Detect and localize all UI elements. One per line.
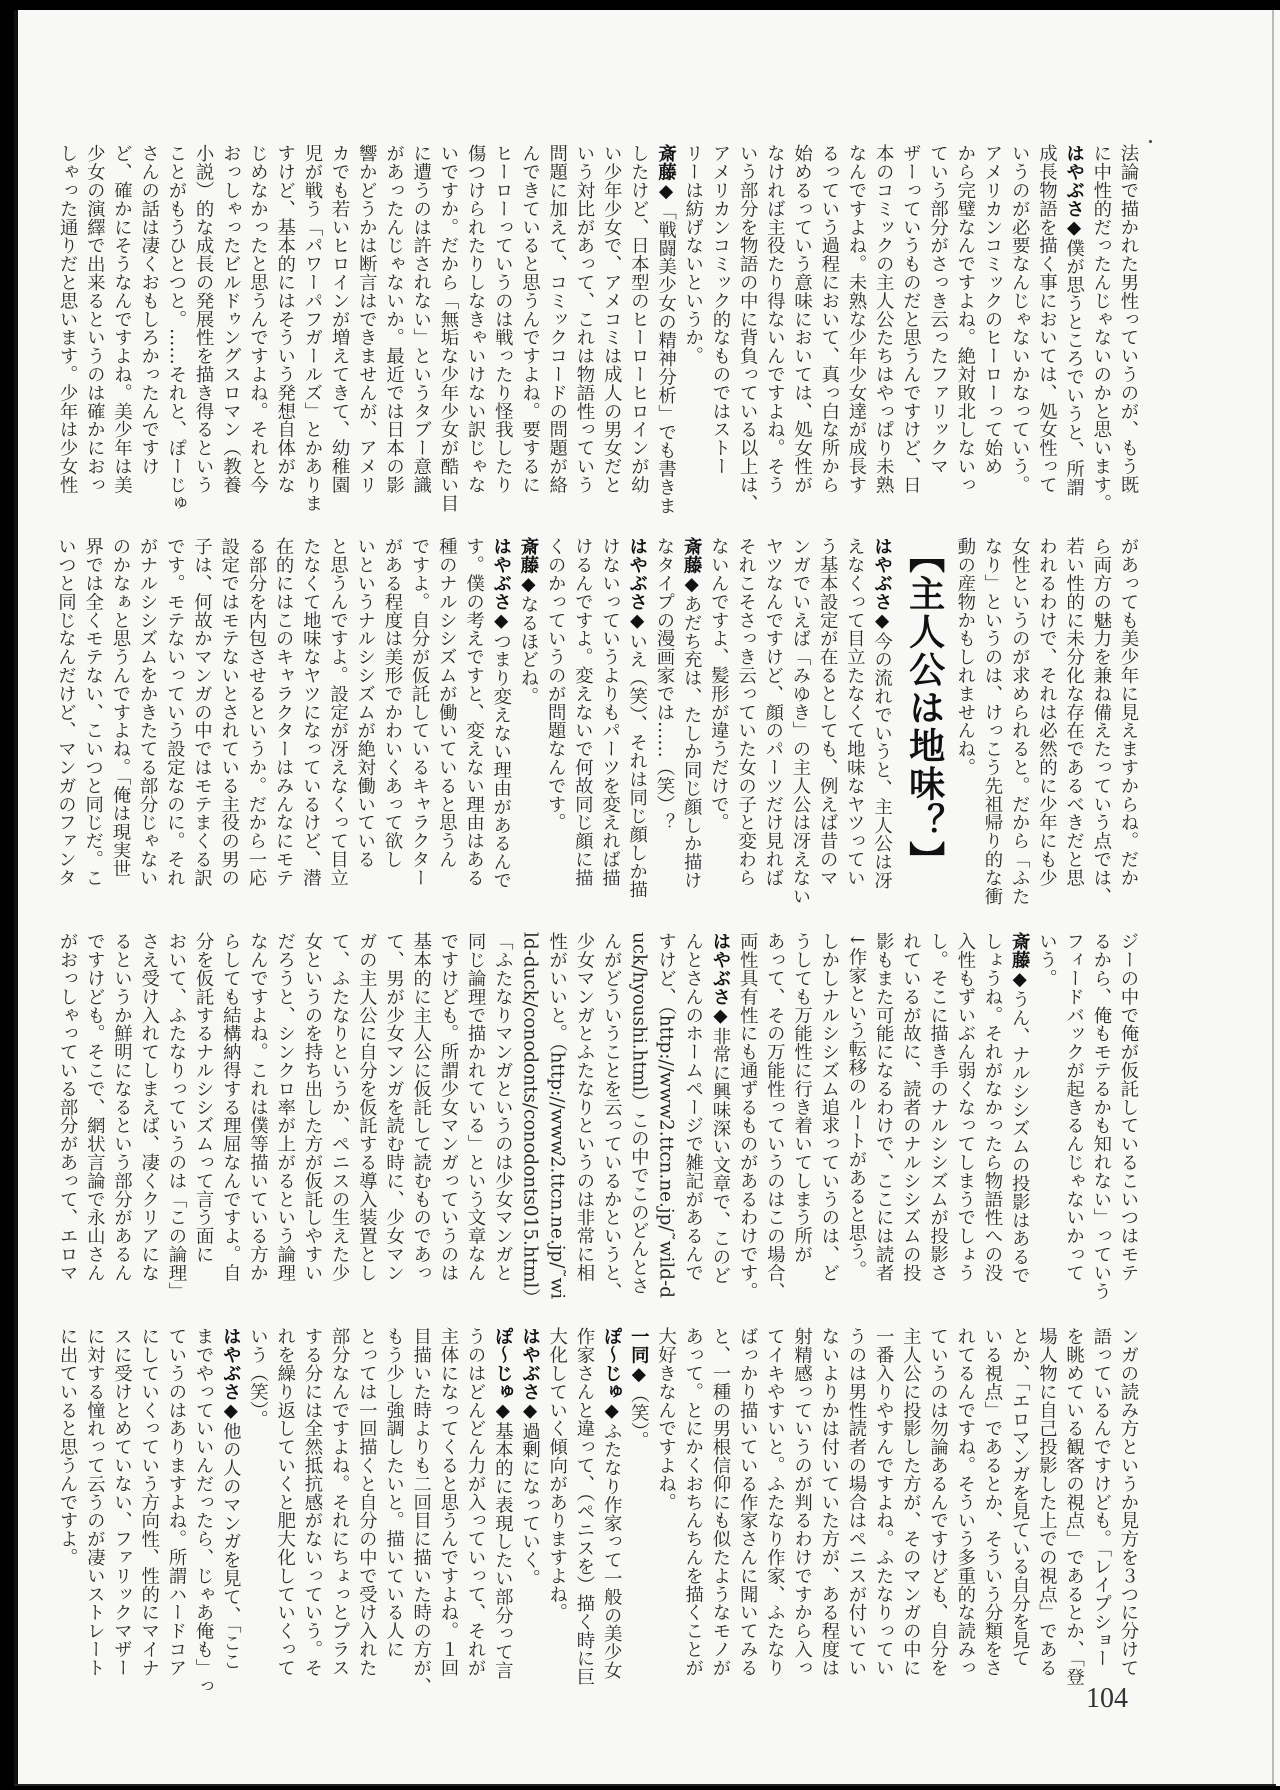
column-text: けるんですよ。変えないで何故同じ顔に描 xyxy=(572,537,593,887)
column-text: いる視点」であるとか、そういう分類をさ xyxy=(982,1327,1003,1677)
text-column: 種のナルシシズムが働いていると思うん xyxy=(433,537,460,887)
text-column: 少女マンガとふたなりというのは非常に相 xyxy=(571,932,598,1282)
scan-speck xyxy=(1149,140,1152,143)
speaker-line: はやぶさ◆非常に興味深い文章で、このど xyxy=(707,932,734,1282)
column-text: いですか。だから「無垢な少年少女が酷い目 xyxy=(438,144,459,512)
text-column: がある程度は美形でかわいくあって欲し xyxy=(379,537,406,887)
text-column: 本のコミックの主人公たちはやっぱり未熟 xyxy=(870,144,897,494)
column-text: とっては一回描くと自分の中で受け入れた xyxy=(356,1327,377,1677)
text-column: 両性具有性にも通ずるものがあるわけです。 xyxy=(734,932,761,1282)
column-text: アメリカンコミックのヒーローって始め xyxy=(982,144,1003,475)
text-column: 主体になってくると思うんですよね。１回 xyxy=(435,1327,462,1677)
text-column: 一番入りやすんですよね。ふたなりってい xyxy=(870,1327,897,1677)
text-column: ら両方の魅力を兼ね備えたっていう点では、 xyxy=(1088,537,1115,887)
column-text: 影もまた可能になるわけで、ここには読者 xyxy=(873,932,894,1282)
speaker-name: はやぶさ◆ xyxy=(1064,144,1085,239)
column-text: ふたなり作家って一般の美少女 xyxy=(601,1422,622,1680)
text-column: 部分なんですよね。それにちょっとプラス xyxy=(326,1327,353,1677)
speaker-name: はやぶさ◆ xyxy=(520,1327,541,1422)
column-text: フィードバックが起きるんじゃないかって xyxy=(1064,932,1085,1282)
column-text: ↓作家という転移のルートがあると思う。 xyxy=(846,932,867,1279)
column-text: しかしナルシシズム追求っていうのは、ど xyxy=(819,932,840,1282)
column-text: う基本設定が在るとしても、例えば昔のマ xyxy=(817,537,838,887)
text-column: し。そこに描き手のナルシシズムが投影さ xyxy=(924,932,951,1282)
column-text: 動の産物かもしれませんね。 xyxy=(955,537,976,776)
speaker-name: 斎藤◆ xyxy=(1009,932,1030,990)
column-text: 同じ論理で描かれている」という文章なん xyxy=(465,932,486,1282)
section-heading: 【主人公は地味？】 xyxy=(902,537,946,887)
text-column: アメリカンコミック的なものではストー xyxy=(707,144,734,494)
text-column: あって、その万能性っていうのはこの場合、 xyxy=(761,932,788,1282)
text-column: いつと同じなんだけど、マンガのファンタ xyxy=(52,537,79,887)
column-text: しょうね。それがなかったら物語性への没 xyxy=(982,932,1003,1282)
column-text: それこそさっき云っていた女の子と変わら xyxy=(736,537,757,887)
column-text: 性がいいと。（http://www2.ttcn.ne.jp/˜wi xyxy=(547,932,568,1299)
text-column: 分を仮託するナルシシズムって言う面に xyxy=(190,932,217,1282)
column-text: 分を仮託するナルシシズムって言う面に xyxy=(193,932,214,1263)
text-column: 動の産物かもしれませんね。 xyxy=(952,537,979,887)
column-text: ていうのはありますよね。所謂ハードコア xyxy=(166,1327,187,1677)
column-text: らしても結構納得する理屈なんですよ。自 xyxy=(220,932,241,1282)
text-column: なり」というのは、けっこう先祖帰り的な衝 xyxy=(979,537,1006,887)
column-text: 設定ではモテないとされている主役の男の xyxy=(219,537,240,887)
column-text: にしていくっていう方向性、性的にマイナ xyxy=(139,1327,160,1677)
column-text: 界では全くモテない、こいつと同じだ。こ xyxy=(83,537,104,887)
column-text: ていうのは勿論あるんですけども、自分を xyxy=(928,1327,949,1677)
text-column: 界では全くモテない、こいつと同じだ。こ xyxy=(79,537,106,887)
column-text: 児が戦う「パワーパフガールズ」とかありま xyxy=(302,144,323,512)
text-column: に遭うのは許されない」というタブー意識 xyxy=(408,144,435,494)
column-text: です。モテないっていう設定なのに。それ xyxy=(164,537,185,887)
text-column: しかしナルシシズム追求っていうのは、ど xyxy=(816,932,843,1282)
column-text: のかなぁと思うんですよね。「俺は現実世 xyxy=(110,537,131,877)
speaker-line: 斎藤◆あだち充は、たしか同じ顔しか描け xyxy=(678,537,705,887)
column-text: るっていう過程において、真っ白な所から xyxy=(819,144,840,494)
column-text: あだち充は、たしか同じ顔しか描け xyxy=(681,595,702,889)
text-column: 法論で描かれた男性っていうのが、もう既 xyxy=(1115,144,1142,494)
column-text: アメリカンコミック的なものではストー xyxy=(710,144,731,475)
text-column: 児が戦う「パワーパフガールズ」とかありま xyxy=(299,144,326,494)
column-text: 本のコミックの主人公たちはやっぱり未熟 xyxy=(873,144,894,494)
text-column: ンガでいえば「みゆき」の主人公は冴えない xyxy=(787,537,814,887)
column-text: カでも若いヒロインが増えてきて、幼稚園 xyxy=(329,144,350,494)
text-column: もう少し強調したいと。描いている人に xyxy=(380,1327,407,1677)
text-column: 同じ論理で描かれている」という文章なん xyxy=(462,932,489,1282)
text-column: に中性的だったんじゃないのかと思います。 xyxy=(1088,144,1115,494)
column-text: ら両方の魅力を兼ね備えたっていう点では、 xyxy=(1091,537,1112,905)
column-text: 傷つけられたりしなきゃいけない訳じゃな xyxy=(465,144,486,494)
text-column: リーは紡げないというか。 xyxy=(680,144,707,494)
column-text: うん、ナルシシズムの投影はあるで xyxy=(1009,990,1030,1284)
column-text: われるわけで、それは必然的に少年にも少 xyxy=(1036,537,1057,887)
text-column: ていうのはありますよね。所謂ハードコア xyxy=(163,1327,190,1677)
column-text: リーは紡げないというか。 xyxy=(683,144,704,365)
column-text: けないっていうよりもパーツを変えれば描 xyxy=(600,537,621,887)
text-column: ジーの中で俺が仮託しているこいつはモテ xyxy=(1115,932,1142,1282)
column-text: 作家さんと違って、（ペニスを）描く時に巨 xyxy=(574,1327,595,1686)
column-text: 問題に加えて、コミックコードの問題が絡 xyxy=(547,144,568,494)
column-text: 部分なんですよね。それにちょっとプラス xyxy=(329,1327,350,1677)
column-text: れてるんですね。そういう多重的な読みっ xyxy=(955,1327,976,1677)
column-text: ンガでいえば「みゆき」の主人公は冴えない xyxy=(790,537,811,905)
speaker-name: 斎藤◆ xyxy=(656,144,677,202)
text-column: 場人物に自己投影した上での視点」である xyxy=(1033,1327,1060,1677)
column-text: 子は、何故かマンガの中ではモテまくる訳 xyxy=(192,537,213,887)
column-text: 両性具有性にも通ずるものがあるわけです。 xyxy=(737,932,758,1300)
column-text: ですよ。自分が仮託しているキャラクター xyxy=(409,537,430,887)
column-text: 語っているんですけども。「レイプショー xyxy=(1091,1327,1112,1667)
text-column: 響かどうかは断言はできませんが、アメリ xyxy=(353,144,380,494)
text-column: けるんですよ。変えないで何故同じ顔に描 xyxy=(569,537,596,887)
column-text: 入性もずいぶん弱くなってしまうでしょう xyxy=(955,932,976,1282)
text-column: なければ主役たり得ないんですよね。そう xyxy=(761,144,788,494)
text-column: 語っているんですけども。「レイプショー xyxy=(1088,1327,1115,1677)
column-text: さえ受け入れてしまえば、凄くクリアにな xyxy=(139,932,160,1282)
text-column: 成長物語を描く事においては、処女性って xyxy=(1033,144,1060,494)
text-column: す。僕の考えですと、変えない理由はある xyxy=(460,537,487,887)
text-column: だろうと、シンクロ率が上がるという論理 xyxy=(272,932,299,1282)
text-column: にしていくっていう方向性、性的にマイナ xyxy=(135,1327,162,1677)
scan-bottom-border xyxy=(14,1784,1276,1786)
speaker-name: はやぶさ◆ xyxy=(872,537,893,632)
column-text: ヒーローっていうのは戦ったり怪我したり xyxy=(492,144,513,494)
column-text: じめなかったと思うんですよね。それと今 xyxy=(248,144,269,494)
column-text: 少女の演繹で出来るというのは確かにおっ xyxy=(84,144,105,494)
column-text: くのかっていうのが問題なんです。 xyxy=(545,537,566,831)
text-column: う基本設定が在るとしても、例えば昔のマ xyxy=(814,537,841,887)
text-column: いですか。だから「無垢な少年少女が酷い目 xyxy=(435,144,462,494)
column-text: 在的にはこのキャラクターはみんなにモテ xyxy=(273,537,294,887)
text-column: 女というのを持ち出した方が仮託しやすい xyxy=(299,932,326,1282)
text-column: なんですよね。未熟な少年少女達が成長す xyxy=(843,144,870,494)
column-text: ンガの読み方というか見方を３つに分けて xyxy=(1118,1327,1139,1677)
text-column: です。モテないっていう設定なのに。それ xyxy=(161,537,188,887)
text-column: 性がいいと。（http://www2.ttcn.ne.jp/˜wi xyxy=(544,932,571,1282)
text-column: 目描いた時よりも二回目に描いた時の方が、 xyxy=(408,1327,435,1677)
text-column: から完璧なんですよね。絶対敗北しないっ xyxy=(952,144,979,494)
column-text: 始めるっていう意味においては、処女性が xyxy=(792,144,813,494)
column-text: に出ていると思うんですよ。 xyxy=(57,1327,78,1566)
column-text: 他の人のマンガを見て、「ここ xyxy=(220,1422,241,1670)
text-column: ザーっていうものだと思うんですけど、日 xyxy=(897,144,924,494)
scan-top-border xyxy=(0,0,1280,10)
column-text: なり」というのは、けっこう先祖帰り的な衝 xyxy=(982,537,1003,905)
speaker-name: 一同◆ xyxy=(628,1327,649,1385)
column-text: 成長物語を描く事においては、処女性って xyxy=(1036,144,1057,494)
column-text: しゃった通りだと思います。少年は少女性 xyxy=(57,144,78,494)
column-text: るから、俺もモテるかも知れない」っていう xyxy=(1091,932,1112,1300)
speaker-line: ぽ～じゅ◆ふたなり作家って一般の美少女 xyxy=(598,1327,625,1677)
text-column: ld-duck/conodonts/conodonts015.html） xyxy=(516,932,543,1282)
speaker-line: はやぶさ◆いえ（笑）、それは同じ顔しか描 xyxy=(624,537,651,887)
column-text: がナルシシズムをかきたてる部分じゃない xyxy=(137,537,158,887)
text-column: 始めるっていう意味においては、処女性が xyxy=(788,144,815,494)
text-column: があったんじゃないか。最近では日本の影 xyxy=(380,144,407,494)
text-column: しゃった通りだと思います。少年は少女性 xyxy=(54,144,81,494)
text-column: のかなぁと思うんですよね。「俺は現実世 xyxy=(107,537,134,887)
column-text: す。僕の考えですと、変えない理由はある xyxy=(464,537,485,887)
text-column: 影もまた可能になるわけで、ここには読者 xyxy=(870,932,897,1282)
column-text: 「ふたなりマンガというのは少女マンガと xyxy=(492,932,513,1282)
text-column: るっていう過程において、真っ白な所から xyxy=(816,144,843,494)
text-column: とっては一回描くと自分の中で受け入れた xyxy=(353,1327,380,1677)
column-text: がおっしゃっている部分があって、エロマ xyxy=(57,932,78,1282)
column-text: いえ（笑）、それは同じ顔しか描 xyxy=(627,632,648,899)
column-text: ど、確かにそうなんですよね。美少年は美 xyxy=(111,144,132,494)
text-column: とか、「エロマンガを見ている自分を見て xyxy=(1006,1327,1033,1677)
speaker-line: 一同◆（笑）。 xyxy=(625,1327,652,1677)
speaker-line: はやぶさ◆つまり変えない理由があるんで xyxy=(488,537,515,887)
text-column: がナルシシズムをかきたてる部分じゃない xyxy=(134,537,161,887)
text-column: い少年少女で、アメコミは成人の男女だと xyxy=(598,144,625,494)
column-text: 一番入りやすんですよね。ふたなりってい xyxy=(873,1327,894,1677)
column-text: に中性的だったんじゃないのかと思います。 xyxy=(1091,144,1112,512)
text-column: 少女の演繹で出来るというのは確かにおっ xyxy=(81,144,108,494)
column-text: 大化していく傾向がありますよね。 xyxy=(547,1327,568,1621)
text-column: 入性もずいぶん弱くなってしまうでしょう xyxy=(952,932,979,1282)
text-column: いうのが必要なんじゃないかなっていう。 xyxy=(1006,144,1033,494)
text-column: る部分を内包させるというか。だから一応 xyxy=(243,537,270,887)
text-column: 小説）的な成長の発展性を描き得るという xyxy=(190,144,217,494)
column-text: 今の流れでいうと、主人公は冴 xyxy=(872,632,893,890)
text-column: んがどういうことを云っているかというと、 xyxy=(598,932,625,1282)
text-column: けないっていうよりもパーツを変えれば描 xyxy=(596,537,623,887)
column-text: とか、「エロマンガを見ている自分を見て xyxy=(1009,1327,1030,1667)
column-text: に遭うのは許されない」というタブー意識 xyxy=(411,144,432,494)
text-column: われるわけで、それは必然的に少年にも少 xyxy=(1033,537,1060,887)
text-column: 作家さんと違って、（ペニスを）描く時に巨 xyxy=(571,1327,598,1677)
text-column: いう部分を物語の中に背負っている以上は、 xyxy=(734,144,761,494)
speaker-line: はやぶさ◆僕が思うところでいうと、所謂 xyxy=(1060,144,1087,494)
text-column: 射精感っていうのが判るわけですから入っ xyxy=(788,1327,815,1677)
speaker-name: はやぶさ◆ xyxy=(710,932,731,1027)
column-text: あって。とにかくおちんちんを描くことが xyxy=(683,1327,704,1677)
text-column: えなくって目立たなくて地味なヤツってい xyxy=(841,537,868,887)
column-text: て、ふたなりというか、ペニスの生えた少 xyxy=(329,932,350,1282)
column-text: ジーの中で俺が仮託しているこいつはモテ xyxy=(1118,932,1139,1282)
column-text: ないんですよ、髪形が違うだけで。 xyxy=(708,537,729,831)
column-text: 「戦闘美少女の精神分析」でも書きま xyxy=(656,202,677,515)
column-text: 主体になってくると思うんですよね。１回 xyxy=(438,1327,459,1677)
column-text: ガの主人公に自分を仮託する導入装置とし xyxy=(356,932,377,1282)
column-text: ないよりかは付いていた方が、ある程度は xyxy=(819,1327,840,1677)
text-column: 「ふたなりマンガというのは少女マンガと xyxy=(489,932,516,1282)
column-text: うのは男性読者の場合はペニスが付いてい xyxy=(846,1327,867,1677)
column-text: ld-duck/conodonts/conodonts015.html） xyxy=(520,932,541,1307)
column-text: なるほどね。 xyxy=(518,595,539,705)
text-column: うのは男性読者の場合はペニスが付いてい xyxy=(843,1327,870,1677)
text-column: フィードバックが起きるんじゃないかって xyxy=(1060,932,1087,1282)
text-column: 傷つけられたりしなきゃいけない訳じゃな xyxy=(462,144,489,494)
column-text: いというナルシシズムが絶対働いている xyxy=(355,537,376,868)
column-text: もう少し強調したいと。描いている人に xyxy=(384,1327,405,1658)
text-column: 設定ではモテないとされている主役の男の xyxy=(216,537,243,887)
text-column: れているが故に、読者のナルシシズムの投 xyxy=(897,932,924,1282)
column-text: がある程度は美形でかわいくあって欲し xyxy=(382,537,403,868)
column-text: たなくて地味なヤツになっているけど、潜 xyxy=(300,537,321,887)
text-column: いう（笑）。 xyxy=(244,1327,271,1677)
column-text: ヤツなんですけど、顔のパーツだけ見れば xyxy=(763,537,784,887)
column-text: 目描いた時よりも二回目に描いた時の方が、 xyxy=(411,1327,432,1695)
text-column: 基本的に主人公に仮託して読むものであっ xyxy=(408,932,435,1282)
column-text: があったんじゃないか。最近では日本の影 xyxy=(384,144,405,494)
text-column: なタイプの漫画家では……（笑）？ xyxy=(651,537,678,887)
column-text: （笑）。 xyxy=(628,1385,649,1449)
column-text: いう対比があって、これは物語性っていう xyxy=(574,144,595,494)
text-column: ですけども。所謂少女マンガっていうのは xyxy=(435,932,462,1282)
text-column: ですけども。そこで、網状言論で永山さん xyxy=(81,932,108,1282)
column-text: おいて、ふたなりっていうのは「この論理」 xyxy=(166,932,187,1300)
column-text: いつと同じなんだけど、マンガのファンタ xyxy=(55,537,76,887)
column-text: までやっていいんだったら、じゃあ俺も」っ xyxy=(193,1327,214,1695)
text-column: うのはどんどん力が入っていって、それが xyxy=(462,1327,489,1677)
column-text: 法論で描かれた男性っていうのが、もう既 xyxy=(1118,144,1139,494)
column-text: うのはどんどん力が入っていって、それが xyxy=(465,1327,486,1677)
text-column: する分には全然抵抗感がないっていう。そ xyxy=(299,1327,326,1677)
text-column: したけど、日本型のヒーローヒロインが幼 xyxy=(625,144,652,494)
text-column: ンガの読み方というか見方を３つに分けて xyxy=(1115,1327,1142,1677)
column-text: なければ主役たり得ないんですよね。そう xyxy=(764,144,785,494)
text-column: くのかっていうのが問題なんです。 xyxy=(542,537,569,887)
text-column: 大好きなんですよね。 xyxy=(652,1327,679,1677)
text-column: いう対比があって、これは物語性っていう xyxy=(571,144,598,494)
text-column: それこそさっき云っていた女の子と変わら xyxy=(732,537,759,887)
column-text: 基本的に主人公に仮託して読むものであっ xyxy=(411,932,432,1282)
column-text: いう。 xyxy=(1036,932,1057,987)
column-text: と思うんですよ。設定が冴えなくって目立 xyxy=(328,537,349,887)
column-text: さんの話は凄くおもしろかったんですけ xyxy=(139,144,160,475)
speaker-name: ぽ～じゅ◆ xyxy=(601,1327,622,1422)
speaker-name: 斎藤◆ xyxy=(681,537,702,595)
text-column: るというか鮮明になるという部分があるん xyxy=(108,932,135,1282)
column-text: ザーっていうものだと思うんですけど、日 xyxy=(900,144,921,494)
text-column: ですよ。自分が仮託しているキャラクター xyxy=(406,537,433,887)
text-column: なんですよね。これは僕等描いている方か xyxy=(244,932,271,1282)
text-column: らしても結構納得する理屈なんですよ。自 xyxy=(217,932,244,1282)
text-column: 在的にはこのキャラクターはみんなにモテ xyxy=(270,537,297,887)
text-column: しょうね。それがなかったら物語性への没 xyxy=(979,932,1006,1282)
column-text: 響かどうかは断言はできませんが、アメリ xyxy=(356,144,377,494)
text-column: ヤツなんですけど、顔のパーツだけ見れば xyxy=(760,537,787,887)
text-column: までやっていいんだったら、じゃあ俺も」っ xyxy=(190,1327,217,1677)
text-column: 女性というのが求められると。だから「ふた xyxy=(1006,537,1033,887)
column-text: すけど、基本的にはそういう発想自体がな xyxy=(275,144,296,494)
speaker-line: はやぶさ◆他の人のマンガを見て、「ここ xyxy=(217,1327,244,1677)
text-column: カでも若いヒロインが増えてきて、幼稚園 xyxy=(326,144,353,494)
column-text: と、一種の男根信仰にも似たようなモノが xyxy=(710,1327,731,1677)
column-text: うしても万能性に行き着いてしまう所が xyxy=(792,932,813,1263)
text-column: ことがもうひとつと。……それと、ぽーじゅ xyxy=(163,144,190,494)
column-text: てイキやすいと。ふたなり作家、ふたなり xyxy=(764,1327,785,1677)
column-text: 小説）的な成長の発展性を描き得るという xyxy=(193,144,214,494)
column-text: なんですよね。これは僕等描いている方か xyxy=(248,932,269,1282)
text-column: ないんですよ、髪形が違うだけで。 xyxy=(705,537,732,887)
text-column: に対する憧れって云うのが凄いストレート xyxy=(81,1327,108,1677)
column-text: いう（笑）。 xyxy=(248,1327,269,1428)
text-band-2: があっても美少年に見えますからね。だから両方の魅力を兼ね備えたっていう点では、若… xyxy=(52,537,1142,887)
column-text: なタイプの漫画家では……（笑）？ xyxy=(654,537,675,831)
text-column: おいて、ふたなりっていうのは「この論理」 xyxy=(163,932,190,1282)
column-text: 過剰になっていく。 xyxy=(520,1422,541,1588)
text-column: れを繰り返していくと肥大化していくって xyxy=(272,1327,299,1677)
speaker-name: 斎藤◆ xyxy=(518,537,539,595)
text-column: ていうのは勿論あるんですけども、自分を xyxy=(924,1327,951,1677)
column-text: 種のナルシシズムが働いていると思うん xyxy=(436,537,457,868)
column-text: ていう部分がさっき云ったファリックマ xyxy=(928,144,949,475)
column-text: ばっかり描いている作家さんに聞いてみる xyxy=(737,1327,758,1677)
text-column: アメリカンコミックのヒーローって始め xyxy=(979,144,1006,494)
column-text: 少女マンガとふたなりというのは非常に相 xyxy=(574,932,595,1282)
text-column: いう。 xyxy=(1033,932,1060,1282)
column-text: おっしゃったビルドゥングスロマン（教養 xyxy=(220,144,241,494)
column-text: 若い性的に未分化な存在であるべきだと思 xyxy=(1064,537,1085,887)
column-text: えなくって目立たなくて地味なヤツってい xyxy=(844,537,865,887)
column-text: るというか鮮明になるという部分があるん xyxy=(111,932,132,1282)
speaker-line: 斎藤◆うん、ナルシシズムの投影はあるで xyxy=(1006,932,1033,1282)
column-text: れているが故に、読者のナルシシズムの投 xyxy=(900,932,921,1282)
column-text: だろうと、シンクロ率が上がるという論理 xyxy=(275,932,296,1282)
text-column: うしても万能性に行き着いてしまう所が xyxy=(788,932,815,1282)
text-band-3: ジーの中で俺が仮託しているこいつはモテるから、俺もモテるかも知れない」っていうフ… xyxy=(54,932,1142,1282)
text-column: がおっしゃっている部分があって、エロマ xyxy=(54,932,81,1282)
text-column: スに受けとめていない、ファリックマザー xyxy=(108,1327,135,1677)
column-text: に対する憧れって云うのが凄いストレート xyxy=(84,1327,105,1677)
column-text: 大好きなんですよね。 xyxy=(656,1327,677,1511)
speaker-line: 斎藤◆「戦闘美少女の精神分析」でも書きま xyxy=(652,144,679,494)
column-text: 射精感っていうのが判るわけですから入っ xyxy=(792,1327,813,1677)
column-text: ことがもうひとつと。……それと、ぽーじゅ xyxy=(166,144,187,512)
column-text: ですけども。所謂少女マンガっていうのは xyxy=(438,932,459,1282)
speaker-name: はやぶさ◆ xyxy=(491,537,512,632)
text-column: ばっかり描いている作家さんに聞いてみる xyxy=(734,1327,761,1677)
text-column: すけど、基本的にはそういう発想自体がな xyxy=(272,144,299,494)
page-number: 104 xyxy=(1086,1683,1128,1715)
text-column: ないよりかは付いていた方が、ある程度は xyxy=(816,1327,843,1677)
column-text: なんですよね。未熟な少年少女達が成長す xyxy=(846,144,867,494)
text-column: あって。とにかくおちんちんを描くことが xyxy=(680,1327,707,1677)
speaker-line: 斎藤◆なるほどね。 xyxy=(515,537,542,887)
text-column: 問題に加えて、コミックコードの問題が絡 xyxy=(544,144,571,494)
column-text: 場人物に自己投影した上での視点」である xyxy=(1036,1327,1057,1677)
text-column: と思うんですよ。設定が冴えなくって目立 xyxy=(324,537,351,887)
text-column: さえ受け入れてしまえば、凄くクリアにな xyxy=(135,932,162,1282)
column-text: 主人公に投影した方が、そのマンガの中に xyxy=(900,1327,921,1677)
text-column: があっても美少年に見えますからね。だか xyxy=(1115,537,1142,887)
column-text: て、男が少女マンガを読む時に、少女マン xyxy=(384,932,405,1282)
text-column: てイキやすいと。ふたなり作家、ふたなり xyxy=(761,1327,788,1677)
column-text: いう部分を物語の中に背負っている以上は、 xyxy=(737,144,758,512)
speaker-name: はやぶさ◆ xyxy=(627,537,648,632)
column-text: 女性というのが求められると。だから「ふた xyxy=(1009,537,1030,905)
column-text: んがどういうことを云っているかというと、 xyxy=(601,932,622,1300)
text-column: すけど、（http://www2.ttcn.ne.jp/˜wild-d xyxy=(652,932,679,1282)
column-text: つまり変えない理由があるんで xyxy=(491,632,512,890)
column-text: 僕が思うところでいうと、所謂 xyxy=(1064,239,1085,497)
column-text: い少年少女で、アメコミは成人の男女だと xyxy=(601,144,622,494)
text-column: ガの主人公に自分を仮託する導入装置とし xyxy=(353,932,380,1282)
text-column: と、一種の男根信仰にも似たようなモノが xyxy=(707,1327,734,1677)
text-column: を眺めている観客の視点」であるとか、「登 xyxy=(1060,1327,1087,1677)
text-column: んできていると思うんですよね。要するに xyxy=(516,144,543,494)
speaker-name: はやぶさ◆ xyxy=(220,1327,241,1422)
text-column: て、ふたなりというか、ペニスの生えた少 xyxy=(326,932,353,1282)
column-text: したけど、日本型のヒーローヒロインが幼 xyxy=(628,144,649,494)
text-column: じめなかったと思うんですよね。それと今 xyxy=(244,144,271,494)
text-column: おっしゃったビルドゥングスロマン（教養 xyxy=(217,144,244,494)
column-text: から完璧なんですよね。絶対敗北しないっ xyxy=(955,144,976,494)
text-band-1: 法論で描かれた男性っていうのが、もう既に中性的だったんじゃないのかと思います。は… xyxy=(54,144,1142,494)
column-text: uck/hyoushi.html）この中でこのどんとさ xyxy=(628,932,649,1295)
